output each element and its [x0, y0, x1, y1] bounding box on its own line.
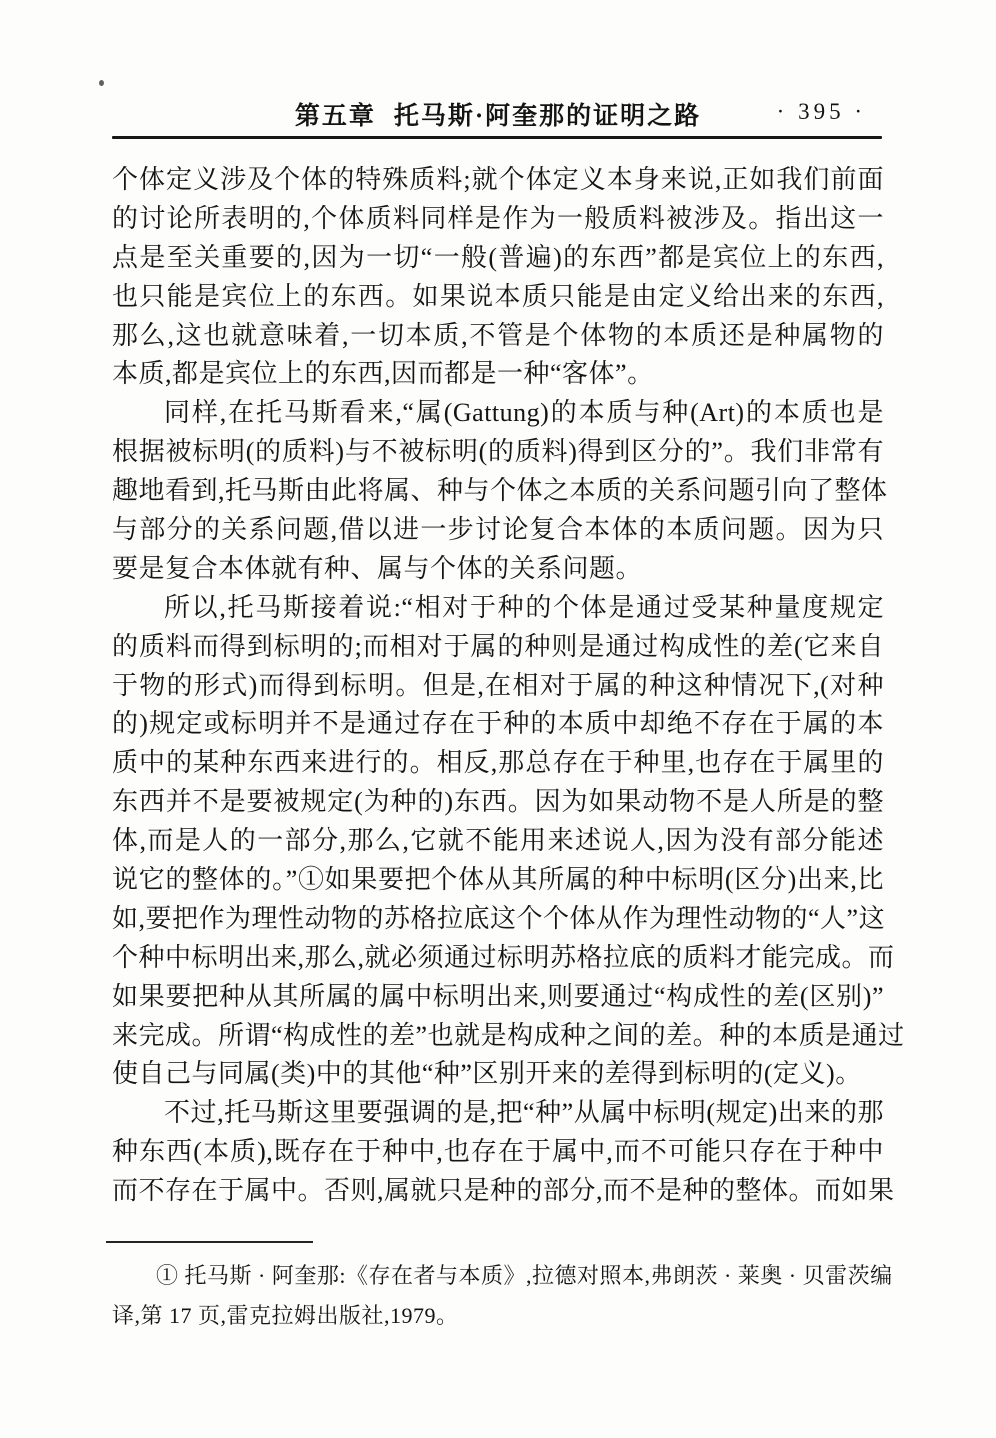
- text-line: 个种中标明出来,那么,就必须通过标明苏格拉底的质料才能完成。而: [112, 939, 884, 978]
- text-line: 点是至关重要的,因为一切“一般(普遍)的东西”都是宾位上的东西,: [112, 239, 884, 278]
- footnote: ① 托马斯 · 阿奎那:《存在者与本质》,拉德对照本,弗朗茨 · 莱奥 · 贝雷…: [112, 1256, 884, 1336]
- paragraph: 同样,在托马斯看来,“属(Gattung)的本质与种(Art)的本质也是根据被标…: [112, 394, 884, 588]
- text-line: 东西并不是要被规定(为种的)东西。因为如果动物不是人所是的整: [112, 783, 884, 822]
- page-number: · 395 ·: [777, 99, 866, 125]
- text-line: 与部分的关系问题,借以进一步讨论复合本体的本质问题。因为只: [112, 511, 884, 550]
- paragraph: 个体定义涉及个体的特殊质料;就个体定义本身来说,正如我们前面的讨论所表明的,个体…: [112, 161, 884, 394]
- body-text: 个体定义涉及个体的特殊质料;就个体定义本身来说,正如我们前面的讨论所表明的,个体…: [112, 161, 884, 1211]
- chapter-title: 托马斯·阿奎那的证明之路: [394, 103, 701, 130]
- page-header: 第五章托马斯·阿奎那的证明之路 · 395 ·: [112, 96, 884, 132]
- footnote-line: ① 托马斯 · 阿奎那:《存在者与本质》,拉德对照本,弗朗茨 · 莱奥 · 贝雷…: [112, 1256, 884, 1296]
- header-rule: [112, 136, 882, 139]
- footnote-divider: [106, 1241, 313, 1243]
- paragraph: 所以,托马斯接着说:“相对于种的个体是通过受某种量度规定的质料而得到标明的;而相…: [112, 589, 884, 1095]
- text-line: 如果要把种从其所属的属中标明出来,则要通过“构成性的差(区别)”: [112, 978, 884, 1017]
- text-line: 也只能是宾位上的东西。如果说本质只能是由定义给出来的东西,: [112, 278, 884, 317]
- text-line: 要是复合本体就有种、属与个体的关系问题。: [112, 550, 884, 589]
- text-line: 的讨论所表明的,个体质料同样是作为一般质料被涉及。指出这一: [112, 200, 884, 239]
- footnote-line: 译,第 17 页,雷克拉姆出版社,1979。: [112, 1296, 884, 1336]
- text-line: 的)规定或标明并不是通过存在于种的本质中却绝不存在于属的本: [112, 705, 884, 744]
- text-line: 于物的形式)而得到标明。但是,在相对于属的种这种情况下,(对种: [112, 667, 884, 706]
- text-line: 同样,在托马斯看来,“属(Gattung)的本质与种(Art)的本质也是: [112, 394, 884, 433]
- text-line: 说它的整体的。”①如果要把个体从其所属的种中标明(区分)出来,比: [112, 861, 884, 900]
- text-line: 体,而是人的一部分,那么,它就不能用来述说人,因为没有部分能述: [112, 822, 884, 861]
- text-line: 个体定义涉及个体的特殊质料;就个体定义本身来说,正如我们前面: [112, 161, 884, 200]
- paragraph: 不过,托马斯这里要强调的是,把“种”从属中标明(规定)出来的那种东西(本质),既…: [112, 1094, 884, 1211]
- text-line: 种东西(本质),既存在于种中,也存在于属中,而不可能只存在于种中: [112, 1133, 884, 1172]
- text-line: 如,要把作为理性动物的苏格拉底这个个体从作为理性动物的“人”这: [112, 900, 884, 939]
- text-line: 来完成。所谓“构成性的差”也就是构成种之间的差。种的本质是通过: [112, 1017, 884, 1056]
- text-line: 而不存在于属中。否则,属就只是种的部分,而不是种的整体。而如果: [112, 1172, 884, 1211]
- chapter-number: 第五章: [295, 103, 376, 130]
- text-line: 质中的某种东西来进行的。相反,那总存在于种里,也存在于属里的: [112, 744, 884, 783]
- text-line: 不过,托马斯这里要强调的是,把“种”从属中标明(规定)出来的那: [112, 1094, 884, 1133]
- text-line: 趣地看到,托马斯由此将属、种与个体之本质的关系问题引向了整体: [112, 472, 884, 511]
- text-line: 那么,这也就意味着,一切本质,不管是个体物的本质还是种属物的: [112, 317, 884, 356]
- book-page: 第五章托马斯·阿奎那的证明之路 · 395 · 个体定义涉及个体的特殊质料;就个…: [0, 0, 996, 1438]
- scan-artifact-dot: [99, 80, 104, 86]
- chapter-heading: 第五章托马斯·阿奎那的证明之路: [112, 96, 884, 132]
- text-line: 所以,托马斯接着说:“相对于种的个体是通过受某种量度规定: [112, 589, 884, 628]
- text-line: 使自己与同属(类)中的其他“种”区别开来的差得到标明的(定义)。: [112, 1055, 884, 1094]
- text-line: 根据被标明(的质料)与不被标明(的质料)得到区分的”。我们非常有: [112, 433, 884, 472]
- text-line: 的质料而得到标明的;而相对于属的种则是通过构成性的差(它来自: [112, 628, 884, 667]
- text-line: 本质,都是宾位上的东西,因而都是一种“客体”。: [112, 355, 884, 394]
